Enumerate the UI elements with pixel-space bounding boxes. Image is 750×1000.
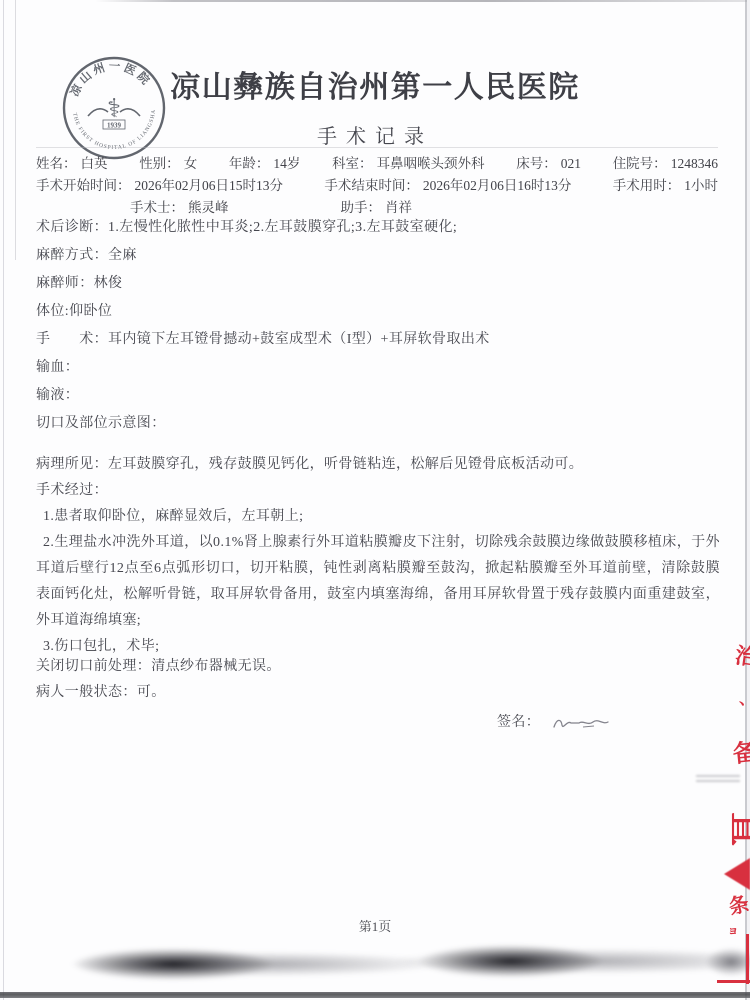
field-duration: 手术用时：1小时 <box>613 175 718 197</box>
field-name: 姓名：白英 <box>36 153 108 175</box>
admission-no-label: 住院号： <box>613 153 667 175</box>
start-time-label: 手术开始时间： <box>36 175 131 197</box>
document-header: 凉山彝族自治州第一人民医院 手术记录 <box>0 62 750 149</box>
line-procedure-step-2: 2.生理盐水冲洗外耳道，以0.1%肾上腺素行外耳道粘膜瓣皮下注射，切除残余鼓膜边… <box>36 530 720 634</box>
patient-info-block: 姓名：白英 性别：女 年龄：14岁 科室：耳鼻咽喉头颈外科 床号：021 住院号… <box>36 147 718 219</box>
name-label: 姓名： <box>36 153 77 175</box>
field-age: 年龄：14岁 <box>229 153 301 175</box>
patient-info-row: 姓名：白英 性别：女 年龄：14岁 科室：耳鼻咽喉头颈外科 床号：021 住院号… <box>36 153 718 175</box>
red-stamp-arrow-fragment <box>724 858 750 890</box>
line-infusion: 输液： <box>36 382 720 410</box>
field-end-time: 手术结束时间：2026年02月06日16时13分 <box>324 175 571 197</box>
red-stamp-border-horizontal <box>717 980 750 983</box>
signature-row: 签名： <box>36 710 720 736</box>
line-procedure-step-1: 1.患者取仰卧位，麻醉显效后，左耳朝上; <box>36 504 720 530</box>
sex-value: 女 <box>184 153 198 175</box>
admission-no-value: 1248346 <box>671 153 718 175</box>
line-anesthesia-method: 麻醉方式：全麻 <box>36 242 720 270</box>
department-label: 科室： <box>332 153 373 175</box>
bed-label: 床号： <box>516 153 557 175</box>
red-stamp-fragment: 条 <box>727 894 750 918</box>
department-value: 耳鼻咽喉头颈外科 <box>377 153 485 175</box>
duration-value: 1小时 <box>684 175 718 197</box>
field-admission-no: 住院号：1248346 <box>613 153 718 175</box>
name-value: 白英 <box>81 153 108 175</box>
line-operation-name: 手 术：耳内镜下左耳镫骨撼动+鼓室成型术（I型）+耳屏软骨取出术 <box>36 326 720 354</box>
line-pathology-findings: 病理所见：左耳鼓膜穿孔，残存鼓膜见钙化，听骨链粘连，松解后见镫骨底板活动可。 <box>36 452 720 478</box>
pencil-smudge-mark <box>696 775 740 784</box>
scan-edge-bottom <box>0 992 750 998</box>
record-body: 术后诊断：1.左慢性化脓性中耳炎;2.左耳鼓膜穿孔;3.左耳鼓室硬化; 麻醉方式… <box>36 214 720 736</box>
field-sex: 性别：女 <box>139 153 197 175</box>
hospital-name: 凉山彝族自治州第一人民医院 <box>0 62 750 106</box>
duration-label: 手术用时： <box>613 175 681 197</box>
line-procedure-heading: 手术经过： <box>36 478 720 504</box>
red-stamp-fragment: 备 <box>732 741 750 767</box>
age-label: 年龄： <box>229 153 270 175</box>
field-start-time: 手术开始时间：2026年02月06日15时13分 <box>36 175 283 197</box>
end-time-value: 2026年02月06日16时13分 <box>423 175 572 197</box>
line-incision-diagram: 切口及部位示意图： <box>36 410 720 438</box>
line-anesthesiologist: 麻醉师：林俊 <box>36 270 720 298</box>
line-patient-condition: 病人一般状态：可。 <box>36 680 720 706</box>
red-stamp-fragment: ョ <box>727 924 739 936</box>
red-stamp-fragment: 治 <box>734 645 750 670</box>
scan-edge-left <box>3 0 4 1000</box>
scanner-smudge-right <box>330 926 750 990</box>
line-postop-diagnosis: 术后诊断：1.左慢性化脓性中耳炎;2.左耳鼓膜穿孔;3.左耳鼓室硬化; <box>36 214 720 242</box>
red-stamp-fragment: 直 <box>727 812 750 846</box>
field-department: 科室：耳鼻咽喉头颈外科 <box>332 153 485 175</box>
end-time-label: 手术结束时间： <box>324 175 419 197</box>
scan-edge-top <box>95 0 750 2</box>
line-position: 体位:仰卧位 <box>36 298 720 326</box>
signature-scribble <box>550 714 612 734</box>
age-value: 14岁 <box>273 153 300 175</box>
line-pre-closure-check: 关闭切口前处理：清点纱布器械无误。 <box>36 654 720 680</box>
document-title: 手术记录 <box>0 120 750 149</box>
sex-label: 性别： <box>139 153 180 175</box>
surgery-time-row: 手术开始时间：2026年02月06日15时13分 手术结束时间：2026年02月… <box>36 175 718 197</box>
red-stamp-fragment: 、 <box>739 692 750 708</box>
scan-edge-right <box>745 0 747 1000</box>
start-time-value: 2026年02月06日15时13分 <box>135 175 284 197</box>
bed-value: 021 <box>561 153 581 175</box>
field-bed: 床号：021 <box>516 153 581 175</box>
red-stamp-border-vertical <box>746 934 749 984</box>
scanner-smudge-corner <box>688 938 750 986</box>
signature-label: 签名： <box>497 710 540 736</box>
line-blood-transfusion: 输血： <box>36 354 720 382</box>
scanned-surgery-record-page: 凉山州一医院 THE FIRST HOSPITAL OF LIANGSHAN ⚕… <box>0 0 750 1000</box>
